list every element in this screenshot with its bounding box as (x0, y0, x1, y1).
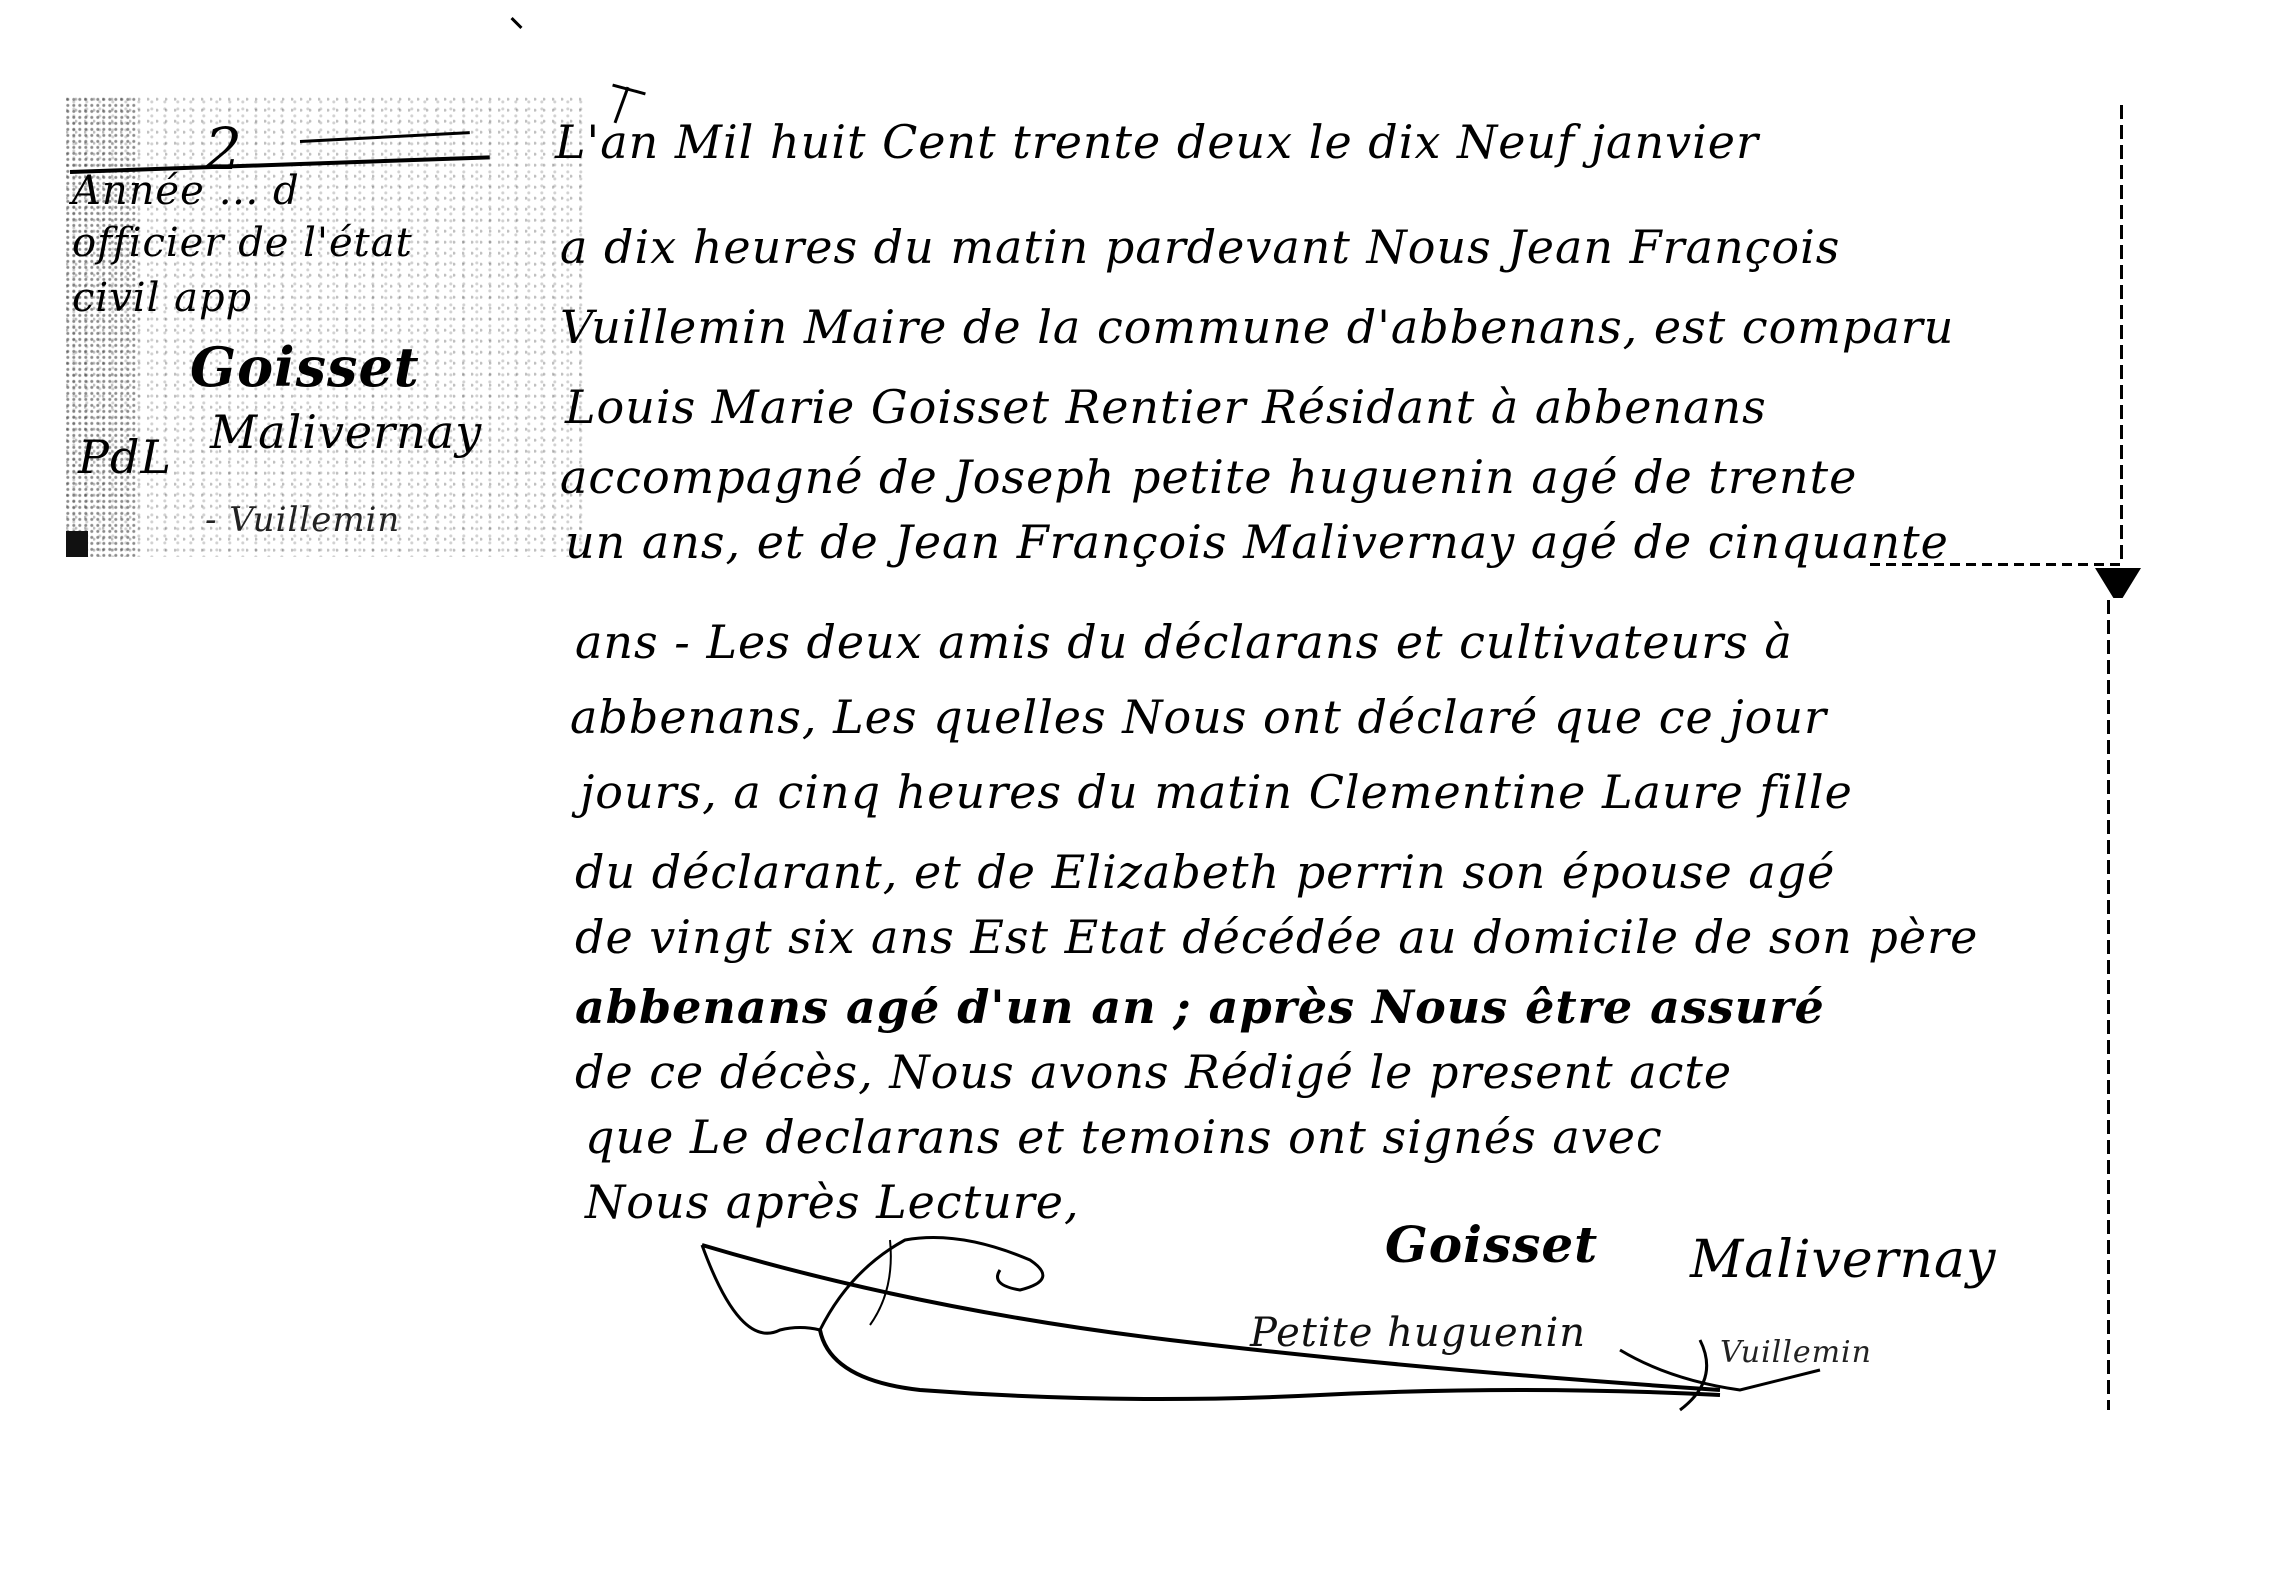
margin-line: officier de l'état (72, 220, 413, 266)
body-line-1: L'an Mil huit Cent trente deux le dix Ne… (555, 115, 1759, 169)
body-line-14: que Le declarans et temoins ont signés a… (585, 1110, 1663, 1164)
signature-flourish-icon (620, 1230, 2120, 1420)
body-line-7: ans - Les deux amis du déclarans et cult… (575, 615, 1793, 669)
margin-bottom-line: - Vuillemin (205, 500, 400, 540)
stray-mark (510, 17, 522, 29)
body-line-8: abbenans, Les quelles Nous ont déclaré q… (570, 690, 1827, 744)
margin-annotation-block (66, 97, 586, 557)
margin-line: Année … d (72, 168, 300, 214)
margin-line: civil app (72, 275, 252, 321)
body-line-10: du déclarant, et de Elizabeth perrin son… (575, 845, 1835, 899)
body-line-2: a dix heures du matin pardevant Nous Jea… (560, 220, 1840, 274)
cross-mark (612, 84, 646, 96)
page-border-right (2120, 105, 2123, 565)
body-line-15: Nous après Lecture, (585, 1175, 1080, 1229)
margin-signature-malivernay: Malivernay (210, 405, 482, 459)
body-line-13: de ce décès, Nous avons Rédigé le presen… (575, 1045, 1732, 1099)
margin-initials: PdL (78, 430, 172, 484)
body-line-6: un ans, et de Jean François Malivernay a… (565, 515, 1949, 569)
body-line-12: abbenans agé d'un an ; après Nous être a… (575, 980, 1825, 1034)
ink-blot (2095, 568, 2141, 598)
document-scan: 2 Année … d officier de l'état civil app… (0, 0, 2280, 1577)
body-line-11: de vingt six ans Est Etat décédée au dom… (575, 910, 1978, 964)
body-line-4: Louis Marie Goisset Rentier Résidant à a… (565, 380, 1767, 434)
body-line-3: Vuillemin Maire de la commune d'abbenans… (560, 300, 1954, 354)
body-line-9: jours, a cinq heures du matin Clementine… (580, 765, 1853, 819)
body-line-5: accompagné de Joseph petite huguenin agé… (560, 450, 1857, 504)
page-border-bottom (1870, 563, 2120, 566)
margin-signature-goisset: Goisset (190, 335, 420, 399)
